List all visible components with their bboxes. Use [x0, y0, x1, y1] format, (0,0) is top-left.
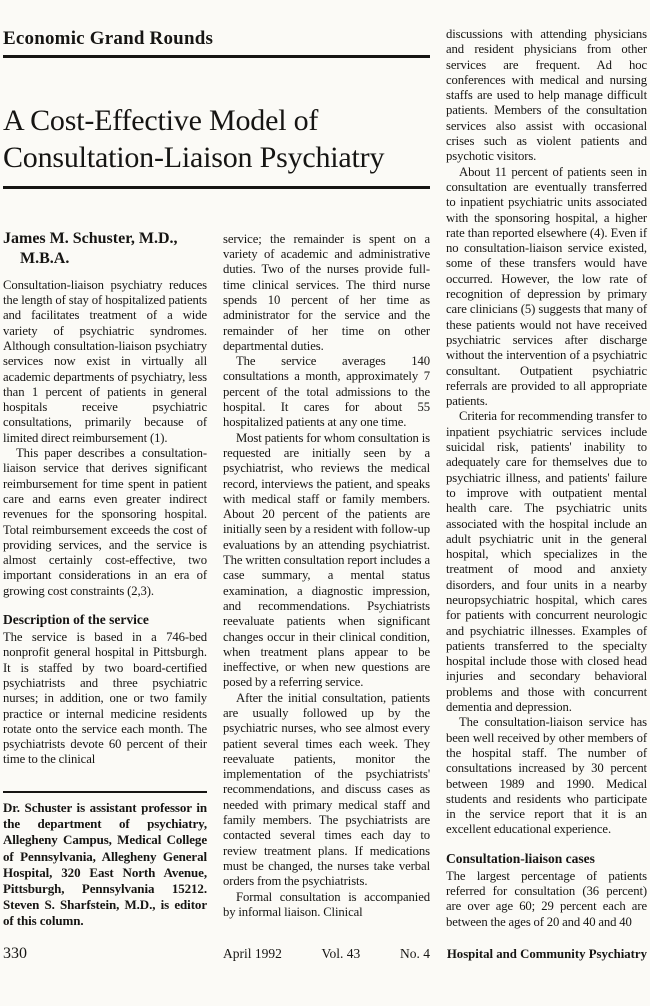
author-byline: James M. Schuster, M.D., M.B.A.	[3, 229, 207, 269]
column-header: Economic Grand Rounds	[3, 27, 430, 51]
page-number: 330	[3, 945, 207, 963]
issue-number: No. 4	[400, 945, 430, 963]
paragraph: This paper describes a consultation-liai…	[3, 446, 207, 599]
paragraph: Formal consultation is accompanied by in…	[223, 890, 430, 921]
author-footnote-text: Dr. Schuster is assistant professor in t…	[3, 800, 207, 930]
author-name-line2: M.B.A.	[3, 249, 207, 269]
article-title: A Cost-Effective Model of Consultation-L…	[3, 102, 430, 176]
paragraph: The largest percentage of patients refer…	[446, 869, 647, 930]
masthead: Economic Grand Rounds A Cost-Effective M…	[3, 0, 430, 199]
paragraph: The service is based in a 746-bed nonpro…	[3, 630, 207, 768]
paragraph: service; the remainder is spent on a var…	[223, 232, 430, 354]
paragraph: discussions with attending physicians an…	[446, 27, 647, 165]
middle-column-text: service; the remainder is spent on a var…	[223, 232, 430, 920]
paragraph: After the initial consultation, patients…	[223, 691, 430, 890]
journal-name: Hospital and Community Psychiatry	[446, 945, 647, 963]
paragraph: Criteria for recommending transfer to in…	[446, 409, 647, 715]
section-heading-consultation-liaison-cases: Consultation-liaison cases	[446, 851, 647, 867]
paragraph: The service averages 140 consultations a…	[223, 354, 430, 430]
paragraph: The consultation-liaison service has bee…	[446, 715, 647, 837]
left-column-text: Consultation-liaison psychiatry reduces …	[3, 278, 207, 768]
title-rule	[3, 186, 430, 189]
journal-page: Economic Grand Rounds A Cost-Effective M…	[0, 0, 650, 1006]
paragraph: Consultation-liaison psychiatry reduces …	[3, 278, 207, 446]
issue-date: April 1992	[223, 945, 282, 963]
page-footer: 330 April 1992 Vol. 43 No. 4 Hospital an…	[0, 941, 650, 971]
section-heading-description-of-the-service: Description of the service	[3, 612, 207, 628]
paragraph: About 11 percent of patients seen in con…	[446, 165, 647, 410]
middle-column: service; the remainder is spent on a var…	[223, 199, 430, 930]
paragraph: Most patients for whom consultation is r…	[223, 431, 430, 691]
issue-volume: Vol. 43	[322, 945, 361, 963]
issue-info: April 1992 Vol. 43 No. 4	[223, 945, 430, 963]
author-name-line1: James M. Schuster, M.D.,	[3, 230, 178, 247]
header-rule	[3, 55, 430, 58]
author-footnote: Dr. Schuster is assistant professor in t…	[3, 791, 207, 930]
article-title-line2: Consultation-Liaison Psychiatry	[3, 141, 384, 174]
article-title-line1: A Cost-Effective Model of	[3, 104, 318, 137]
right-column-text: discussions with attending physicians an…	[446, 27, 647, 930]
right-column: discussions with attending physicians an…	[446, 0, 647, 930]
